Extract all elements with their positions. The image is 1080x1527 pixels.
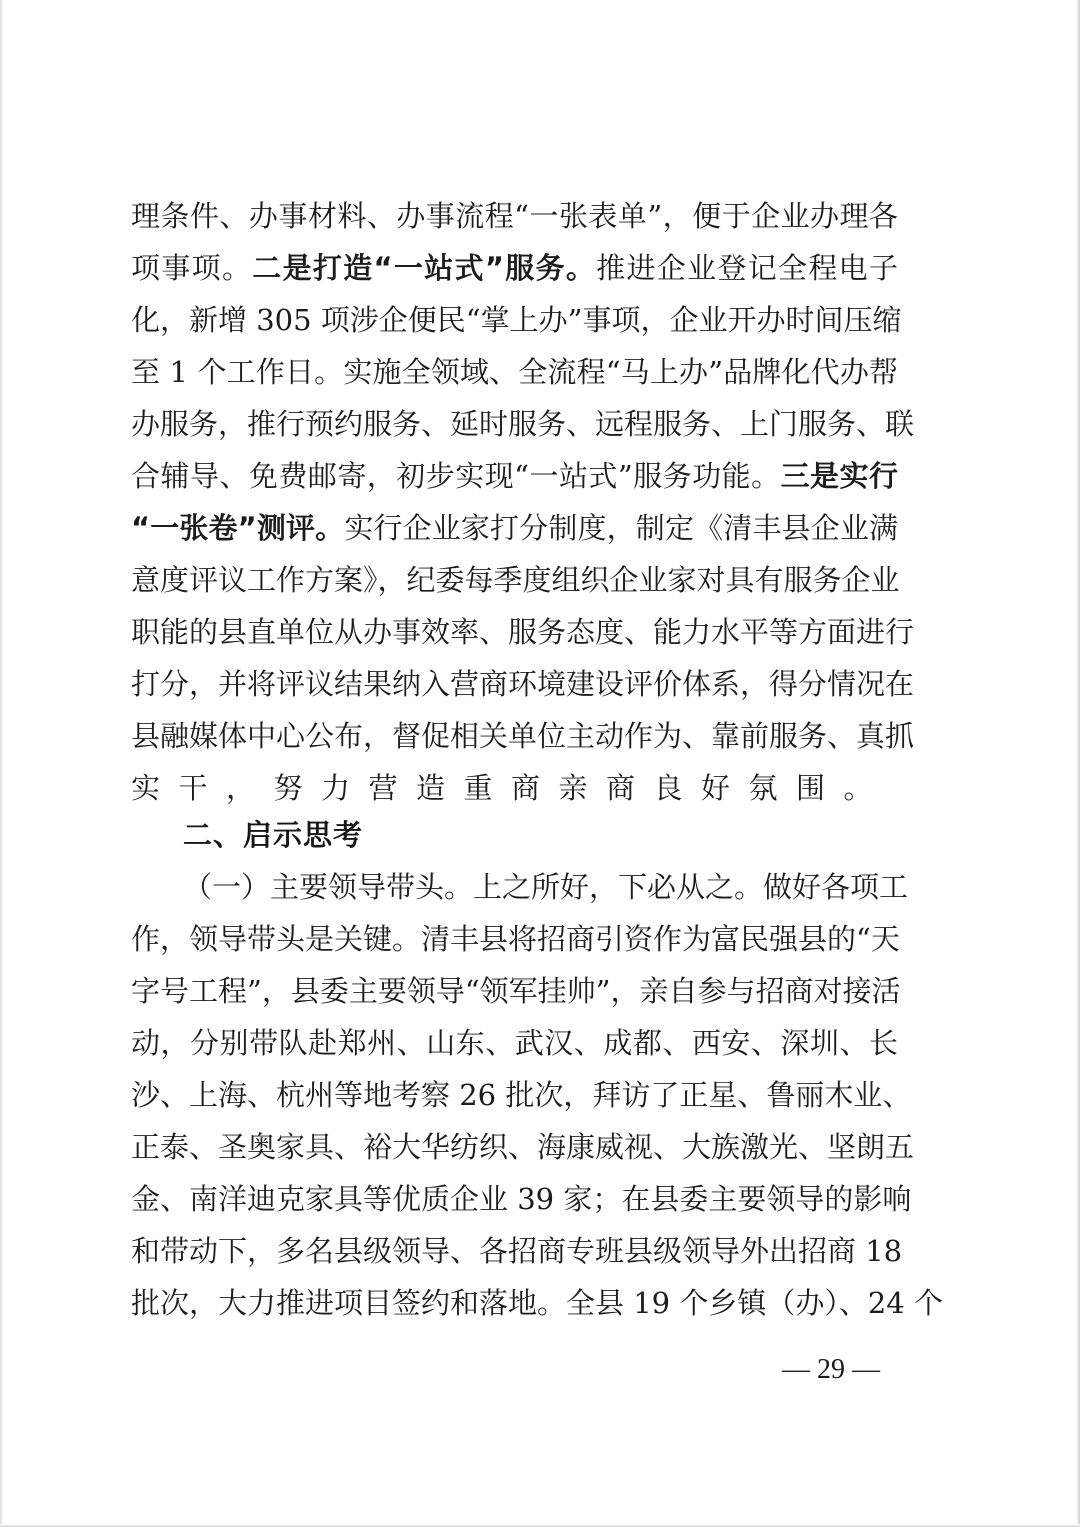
body-text: 打分，并将评议结果纳入营商环境建设评价体系，得分情况在 — [131, 664, 914, 704]
body-line: 正泰、圣奥家具、裕大华纺织、海康威视、大族激光、坚朗五 — [131, 1127, 898, 1167]
body-text: 字号工程”，县委主要领导“领军挂帅”，亲自参与招商对接活 — [131, 971, 900, 1011]
body-text: 实行企业家打分制度，制定《清丰县企业满 — [344, 508, 898, 548]
body-text: 办服务，推行预约服务、延时服务、远程服务、上门服务、联 — [131, 404, 914, 444]
body-line: 职能的县直单位从办事效率、服务态度、能力水平等方面进行 — [131, 612, 898, 652]
bold-lead-phrase: “一张卷”测评。 — [131, 508, 344, 548]
body-text: 推进企业登记全程电子 — [596, 248, 899, 288]
body-text: 合辅导、免费邮寄，初步实现“一站式”服务功能。 — [131, 456, 781, 496]
body-line: 沙、上海、杭州等地考察 26 批次，拜访了正星、鲁丽木业、 — [131, 1075, 898, 1115]
body-line: 字号工程”，县委主要领导“领军挂帅”，亲自参与招商对接活 — [131, 971, 898, 1011]
body-text: 理条件、办事材料、办事流程“一张表单”，便于企业办理各 — [131, 196, 898, 236]
body-text: 批次，大力推进项目签约和落地。全县 19 个乡镇（办）、24 个 — [131, 1283, 943, 1323]
body-line: 县融媒体中心公布，督促相关单位主动作为、靠前服务、真抓 — [131, 716, 898, 756]
body-line: 项事项。 二是打造“一站式”服务。 推进企业登记全程电子 — [131, 248, 898, 288]
body-text: 作，领导带头是关键。清丰县将招商引资作为富民强县的“天 — [131, 919, 900, 959]
bold-lead-phrase: 二是打造“一站式”服务。 — [252, 248, 596, 288]
body-text: 上之所好，下必从之。做好各项工 — [473, 867, 908, 907]
body-text: 化，新增 305 项涉企便民“掌上办”事项，企业开办时间压缩 — [131, 300, 901, 340]
body-text: 金、南洋迪克家具等优质企业 39 家；在县委主要领导的影响 — [131, 1179, 911, 1219]
body-text: 实干，努力营造重商亲商良好氛围。 — [131, 768, 891, 808]
body-text: 意度评议工作方案》，纪委每季度组织企业家对具有服务企业 — [131, 560, 900, 600]
body-line: 意度评议工作方案》，纪委每季度组织企业家对具有服务企业 — [131, 560, 898, 600]
subsection-first-line: （一）主要领导带头。 上之所好，下必从之。做好各项工 — [183, 867, 898, 907]
bold-lead-phrase: 三是实行 — [781, 456, 899, 496]
body-line: 批次，大力推进项目签约和落地。全县 19 个乡镇（办）、24 个 — [131, 1283, 898, 1323]
body-line: 和带动下，多名县级领导、各招商专班县级领导外出招商 18 — [131, 1231, 898, 1271]
body-text: 项事项。 — [131, 248, 252, 288]
body-text: 沙、上海、杭州等地考察 26 批次，拜访了正星、鲁丽木业、 — [131, 1075, 911, 1115]
body-line: 办服务，推行预约服务、延时服务、远程服务、上门服务、联 — [131, 404, 898, 444]
body-text: 至 1 个工作日。实施全领域、全流程“马上办”品牌化代办帮 — [131, 352, 898, 392]
body-line: 打分，并将评议结果纳入营商环境建设评价体系，得分情况在 — [131, 664, 898, 704]
body-text: 县融媒体中心公布，督促相关单位主动作为、靠前服务、真抓 — [131, 716, 914, 756]
body-text: 动，分别带队赴郑州、山东、武汉、成都、西安、深圳、长 — [131, 1023, 899, 1063]
body-line: “一张卷”测评。 实行企业家打分制度，制定《清丰县企业满 — [131, 508, 898, 548]
subsection-title: （一）主要领导带头。 — [183, 867, 473, 907]
body-line: 化，新增 305 项涉企便民“掌上办”事项，企业开办时间压缩 — [131, 300, 898, 340]
body-text: 职能的县直单位从办事效率、服务态度、能力水平等方面进行 — [131, 612, 914, 652]
body-text: 正泰、圣奥家具、裕大华纺织、海康威视、大族激光、坚朗五 — [131, 1127, 914, 1167]
document-page: 理条件、办事材料、办事流程“一张表单”，便于企业办理各 项事项。 二是打造“一站… — [0, 0, 1080, 1527]
page-number: — 29 — — [782, 1352, 880, 1388]
body-text: 和带动下，多名县级领导、各招商专班县级领导外出招商 18 — [131, 1231, 902, 1271]
body-line: 作，领导带头是关键。清丰县将招商引资作为富民强县的“天 — [131, 919, 898, 959]
body-line: 至 1 个工作日。实施全领域、全流程“马上办”品牌化代办帮 — [131, 352, 898, 392]
body-line: 理条件、办事材料、办事流程“一张表单”，便于企业办理各 — [131, 196, 898, 236]
section-heading: 二、启示思考 — [183, 815, 363, 855]
body-line: 动，分别带队赴郑州、山东、武汉、成都、西安、深圳、长 — [131, 1023, 898, 1063]
body-line: 金、南洋迪克家具等优质企业 39 家；在县委主要领导的影响 — [131, 1179, 898, 1219]
body-line-last: 实干，努力营造重商亲商良好氛围。 — [131, 768, 898, 808]
body-line: 合辅导、免费邮寄，初步实现“一站式”服务功能。 三是实行 — [131, 456, 898, 496]
